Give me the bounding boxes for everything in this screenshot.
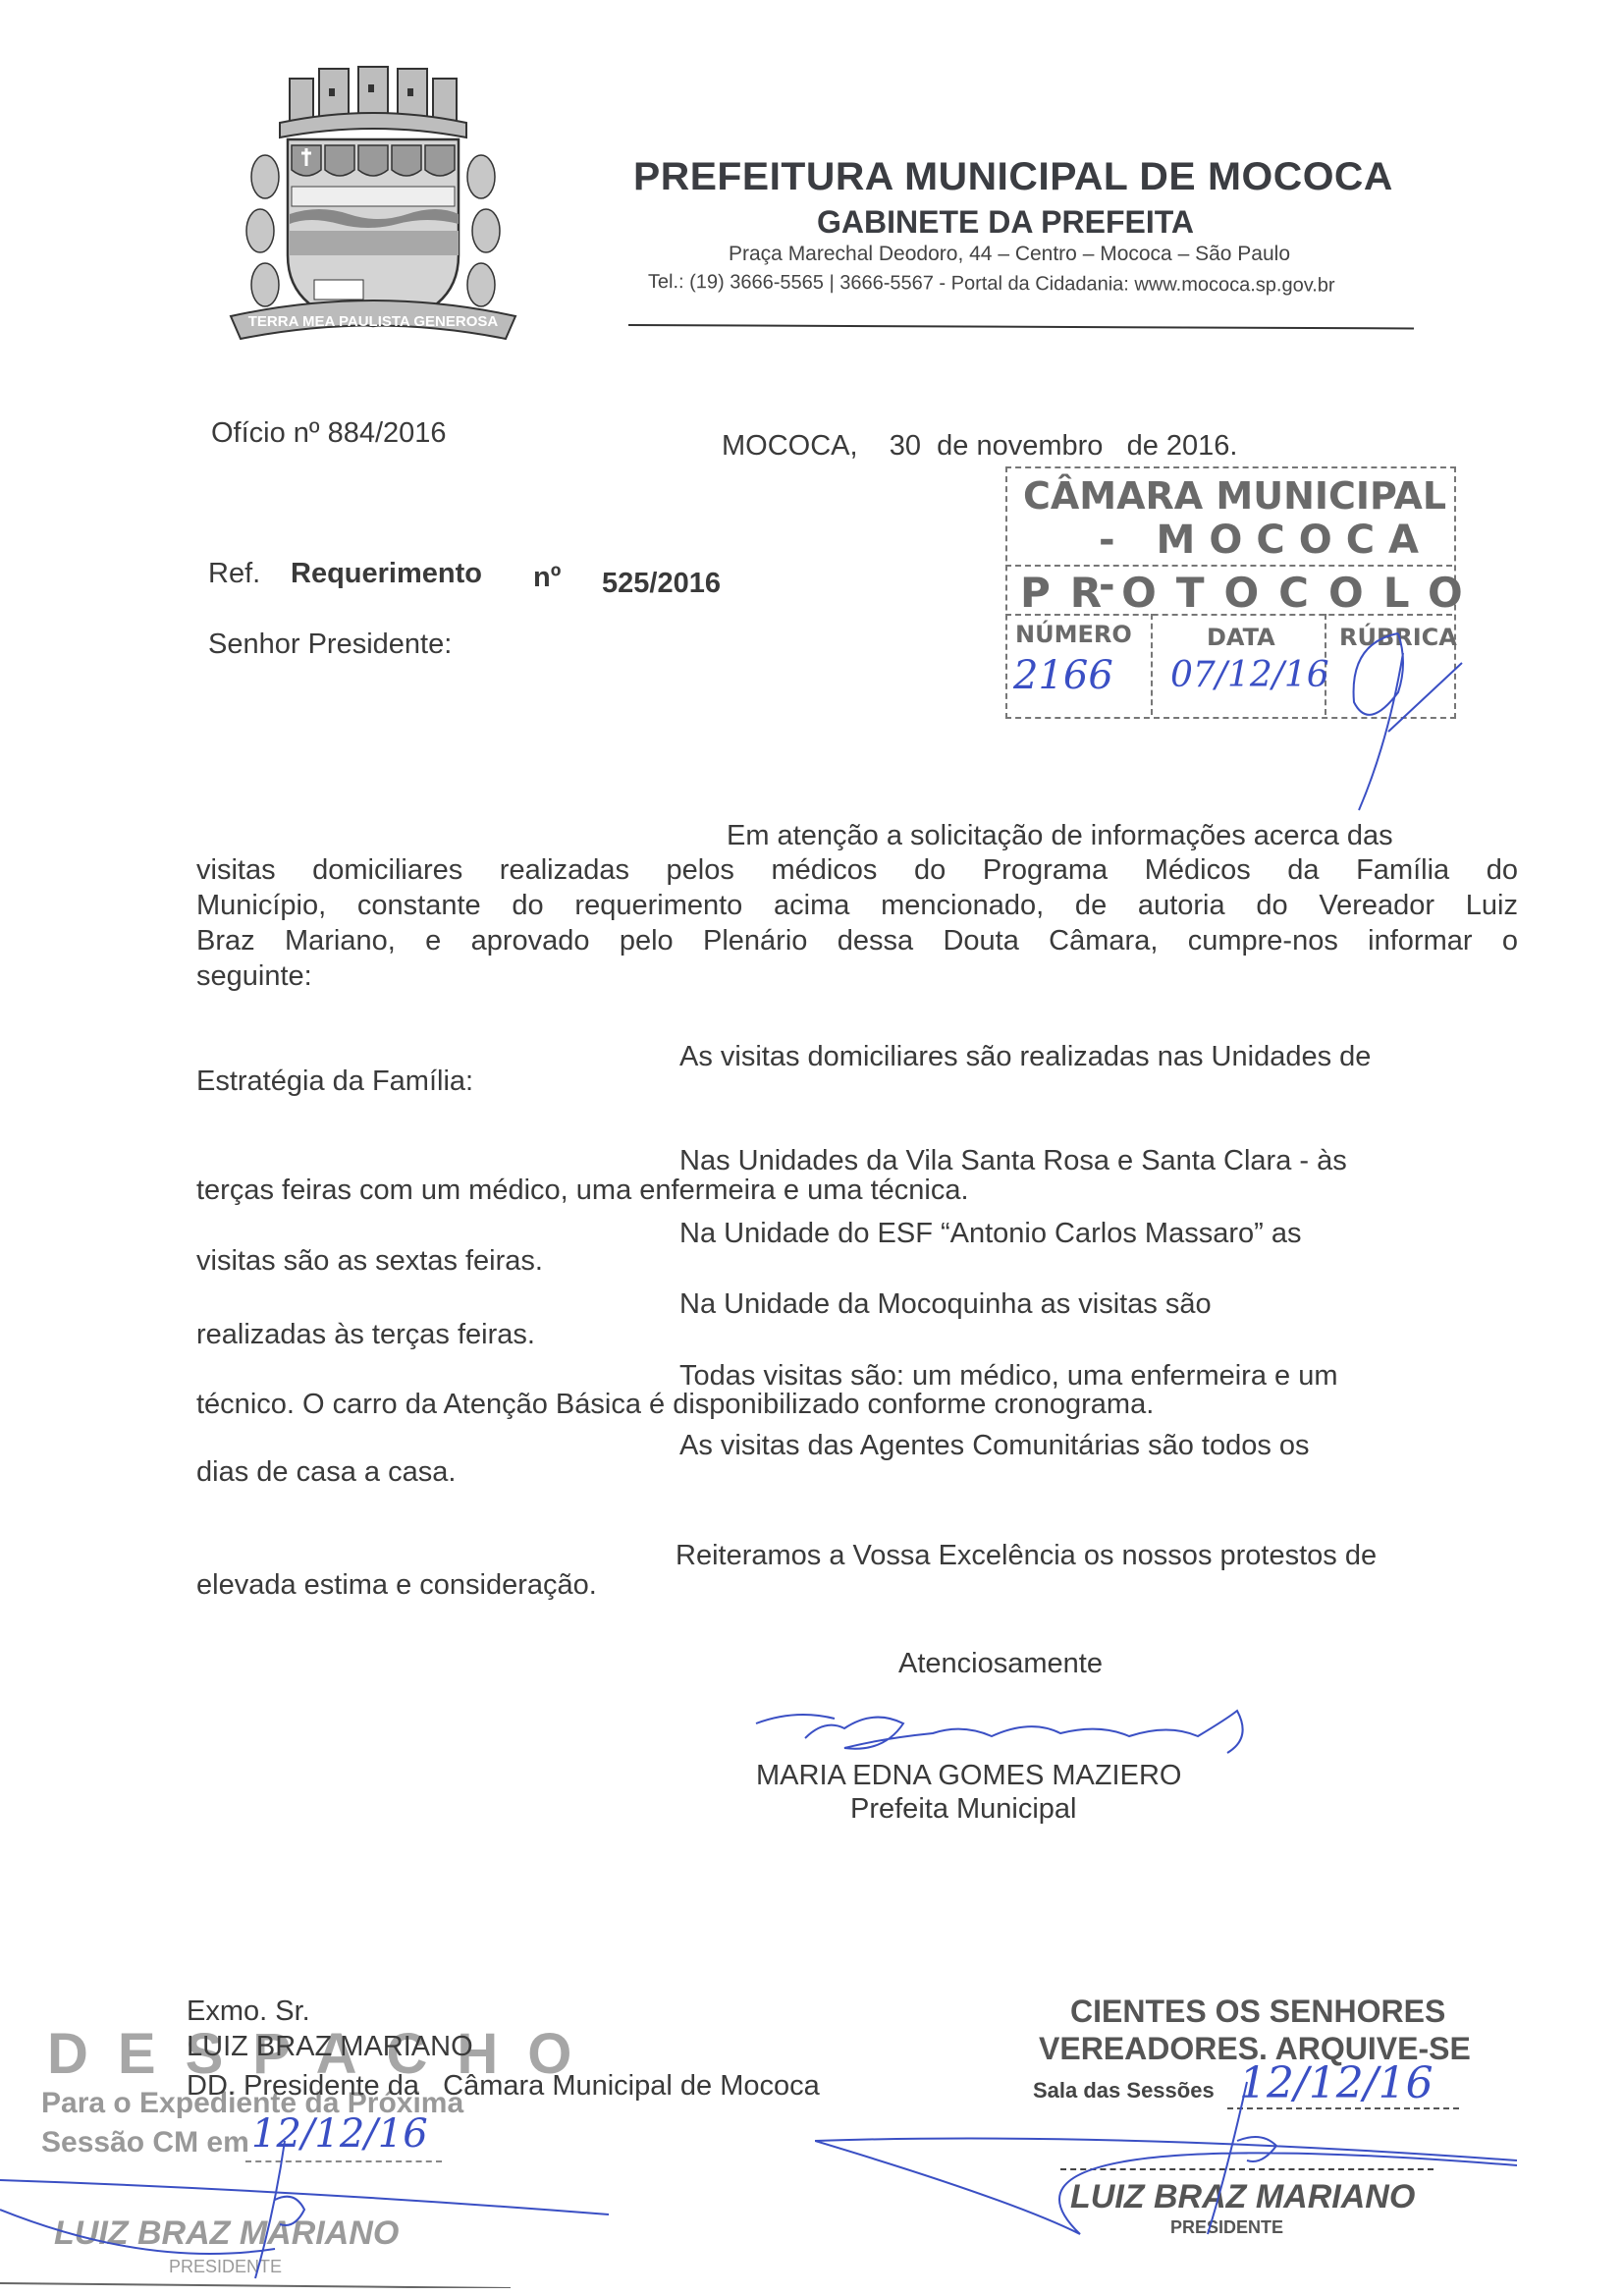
despacho-signature [0, 2131, 687, 2288]
stamp-col-numero: NÚMERO [1015, 621, 1132, 648]
p1-last: seguinte: [196, 960, 312, 993]
p2-last: Estratégia da Família: [196, 1066, 473, 1098]
p8-first: Reiteramos a Vossa Excelência os nossos … [676, 1540, 1377, 1572]
p1-line4: Braz Mariano, e aprovado pelo Plenário d… [196, 925, 1518, 957]
stamp-title: CÂMARA MUNICIPAL [1023, 474, 1446, 518]
p7-last: dias de casa a casa. [196, 1456, 456, 1489]
closing: Atenciosamente [898, 1648, 1103, 1680]
header-subtitle: GABINETE DA PREFEITA [817, 204, 1194, 241]
place-date: MOCOCA, 30 de novembro de 2016. [722, 430, 1237, 463]
p6-last: técnico. O carro da Atenção Básica é dis… [196, 1389, 1154, 1421]
stamp-numero-value: 2166 [1013, 653, 1113, 698]
protocol-stamp: CÂMARA MUNICIPAL - MOCOCA - PROTOCOLO NÚ… [1005, 466, 1454, 717]
salutation: Senhor Presidente: [208, 629, 452, 661]
coat-of-arms-logo: TERRA MEA PAULISTA GENEROSA [221, 59, 525, 354]
rubrica-signature [1329, 624, 1467, 820]
ref-number: 525/2016 [602, 568, 721, 600]
signer-name: MARIA EDNA GOMES MAZIERO [756, 1760, 1181, 1792]
p5-first: Na Unidade da Mocoquinha as visitas são [679, 1288, 1212, 1321]
addressee-name: LUIZ BRAZ MARIANO [187, 2031, 473, 2063]
p8-last: elevada estima e consideração. [196, 1569, 597, 1602]
p4-last: visitas são as sextas feiras. [196, 1245, 543, 1278]
p2-first: As visitas domiciliares são realizadas n… [679, 1041, 1371, 1073]
p7-first: As visitas das Agentes Comunitárias são … [679, 1430, 1310, 1462]
p5-last: realizadas às terças feiras. [196, 1319, 535, 1351]
addressee-line1: Exmo. Sr. [187, 1995, 310, 2028]
cientes-signature [815, 2072, 1522, 2239]
p1-line3: Município, constante do requerimento aci… [196, 890, 1518, 922]
header-title: PREFEITURA MUNICIPAL DE MOCOCA [633, 155, 1393, 199]
p3-first: Nas Unidades da Vila Santa Rosa e Santa … [679, 1145, 1347, 1177]
header-contact: Tel.: (19) 3666-5565 | 3666-5567 - Porta… [648, 271, 1335, 298]
cientes-line1: CIENTES OS SENHORES [1070, 1994, 1445, 2030]
mayor-signature [736, 1699, 1267, 1768]
p3-last: terças feiras com um médico, uma enferme… [196, 1175, 969, 1207]
p1-first: Em atenção a solicitação de informações … [727, 820, 1393, 852]
p4-first: Na Unidade do ESF “Antonio Carlos Massar… [679, 1218, 1301, 1250]
ref-no: nº [533, 562, 561, 594]
signer-role: Prefeita Municipal [850, 1793, 1077, 1826]
addressee-line3: DD. Presidente da Câmara Municipal de Mo… [187, 2070, 820, 2103]
ref-text: Requerimento [291, 558, 482, 590]
stamp-col-data: DATA [1207, 624, 1275, 651]
stamp-data-value: 07/12/16 [1170, 655, 1329, 695]
header-divider [628, 324, 1414, 329]
stamp-protocolo: PROTOCOLO [1020, 569, 1483, 617]
oficio-number: Ofício nº 884/2016 [211, 417, 447, 450]
svg-text:TERRA MEA PAULISTA GENEROSA: TERRA MEA PAULISTA GENEROSA [248, 313, 499, 330]
ref-label: Ref. [208, 558, 260, 590]
header-address: Praça Marechal Deodoro, 44 – Centro – Mo… [729, 243, 1290, 266]
p1-line2: visitas domiciliares realizadas pelos mé… [196, 854, 1518, 887]
